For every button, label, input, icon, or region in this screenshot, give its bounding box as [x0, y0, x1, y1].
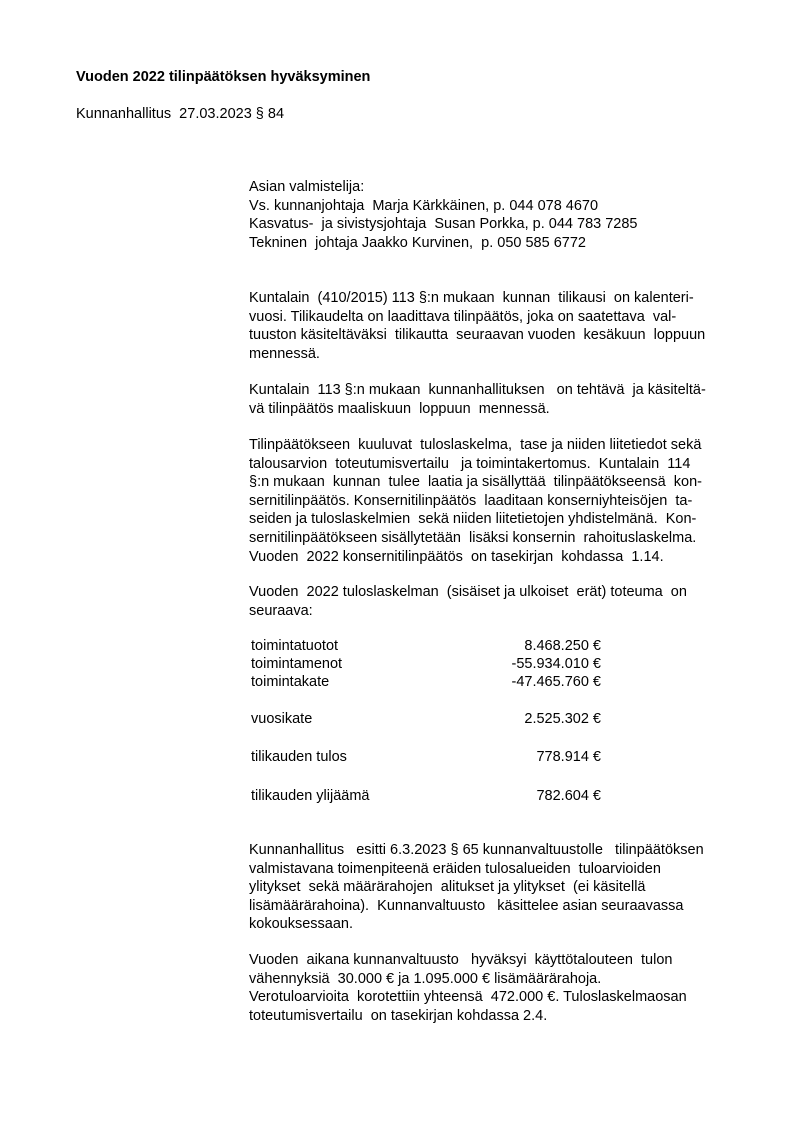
paragraph-line: Kuntalain (410/2015) 113 §:n mukaan kunn… [249, 289, 749, 308]
income-label: tilikauden ylijäämä [251, 788, 369, 806]
paragraph-income-intro: Vuoden 2022 tuloslaskelman (sisäiset ja … [249, 583, 749, 620]
paragraph-line: tuuston käsiteltäväksi tilikautta seuraa… [249, 326, 749, 345]
paragraph-statement-contents: Tilinpäätökseen kuuluvat tuloslaskelma, … [249, 436, 749, 566]
income-label: toimintakate [251, 674, 329, 692]
paragraph-line: seuraava: [249, 602, 749, 621]
income-label: toimintamenot [251, 656, 342, 674]
paragraph-line: Kuntalain 113 §:n mukaan kunnanhallituks… [249, 381, 749, 400]
preparer-line: Vs. kunnanjohtaja Marja Kärkkäinen, p. 0… [249, 197, 749, 216]
income-row: toimintatuotot 8.468.250 € [251, 638, 601, 656]
income-label: vuosikate [251, 711, 312, 729]
income-value: -55.934.010 € [512, 656, 602, 674]
paragraph-line: Kunnanhallitus esitti 6.3.2023 § 65 kunn… [249, 841, 749, 860]
preparers-heading: Asian valmistelija: [249, 178, 749, 197]
income-row: vuosikate 2.525.302 € [251, 711, 601, 729]
paragraph-line: vä tilinpäätös maaliskuun loppuun mennes… [249, 400, 749, 419]
paragraph-line: toteutumisvertailu on tasekirjan kohdass… [249, 1007, 749, 1026]
paragraph-line: §:n mukaan kunnan tulee laatia ja sisäll… [249, 473, 749, 492]
paragraph-line: ylitykset sekä määrärahojen alitukset ja… [249, 878, 749, 897]
paragraph-board-duty: Kuntalain 113 §:n mukaan kunnanhallituks… [249, 381, 749, 418]
income-value: 2.525.302 € [524, 711, 601, 729]
paragraph-line: Vuoden aikana kunnanvaltuusto hyväksyi k… [249, 951, 749, 970]
preparer-line: Kasvatus- ja sivistysjohtaja Susan Porkk… [249, 215, 749, 234]
income-value: 782.604 € [536, 788, 601, 806]
document-title: Vuoden 2022 tilinpäätöksen hyväksyminen [76, 69, 370, 85]
income-label: tilikauden tulos [251, 749, 347, 767]
paragraph-fiscal-period: Kuntalain (410/2015) 113 §:n mukaan kunn… [249, 289, 749, 363]
paragraph-line: Vuoden 2022 konsernitilinpäätös on tasek… [249, 548, 749, 567]
income-row: toimintakate -47.465.760 € [251, 674, 601, 692]
income-label: toimintatuotot [251, 638, 338, 656]
paragraph-line: Tilinpäätökseen kuuluvat tuloslaskelma, … [249, 436, 749, 455]
paragraph-council-approvals: Vuoden aikana kunnanvaltuusto hyväksyi k… [249, 951, 749, 1025]
paragraph-line: mennessä. [249, 345, 749, 364]
preparer-line: Tekninen johtaja Jaakko Kurvinen, p. 050… [249, 234, 749, 253]
income-row: tilikauden tulos 778.914 € [251, 749, 601, 767]
paragraph-line: sernitilinpäätös. Konsernitilinpäätös la… [249, 492, 749, 511]
paragraph-line: Vuoden 2022 tuloslaskelman (sisäiset ja … [249, 583, 749, 602]
paragraph-line: seiden ja tuloslaskelmien sekä niiden li… [249, 510, 749, 529]
paragraph-line: kokouksessaan. [249, 915, 749, 934]
preparers-block: Asian valmistelija: Vs. kunnanjohtaja Ma… [249, 178, 749, 252]
paragraph-line: valmistavana toimenpiteenä eräiden tulos… [249, 860, 749, 879]
paragraph-line: talousarvion toteutumisvertailu ja toimi… [249, 455, 749, 474]
income-value: 8.468.250 € [524, 638, 601, 656]
income-row: toimintamenot -55.934.010 € [251, 656, 601, 674]
meeting-reference: Kunnanhallitus 27.03.2023 § 84 [76, 106, 284, 122]
paragraph-board-proposal: Kunnanhallitus esitti 6.3.2023 § 65 kunn… [249, 841, 749, 934]
paragraph-line: sernitilinpäätökseen sisällytetään lisäk… [249, 529, 749, 548]
paragraph-line: lisämäärärahoina). Kunnanvaltuusto käsit… [249, 897, 749, 916]
paragraph-line: vuosi. Tilikaudelta on laadittava tilinp… [249, 308, 749, 327]
paragraph-line: Verotuloarvioita korotettiin yhteensä 47… [249, 988, 749, 1007]
paragraph-line: vähennyksiä 30.000 € ja 1.095.000 € lisä… [249, 970, 749, 989]
income-row: tilikauden ylijäämä 782.604 € [251, 788, 601, 806]
income-value: 778.914 € [536, 749, 601, 767]
income-value: -47.465.760 € [512, 674, 602, 692]
